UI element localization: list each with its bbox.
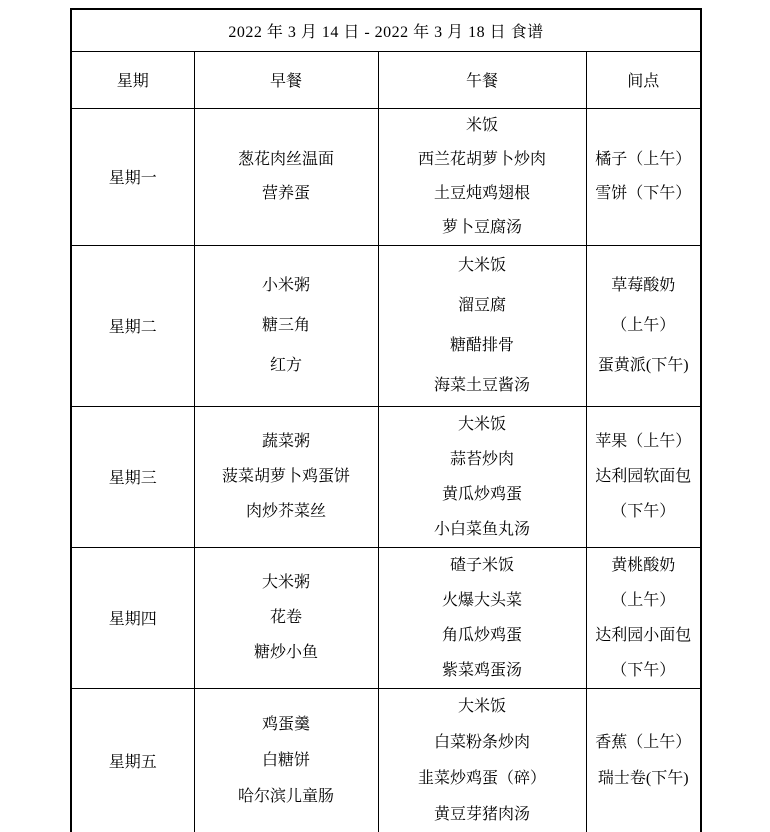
meal-line: 小白菜鱼丸汤 — [379, 512, 586, 547]
meal-line: 黄瓜炒鸡蛋 — [379, 477, 586, 512]
meal-line: 达利园小面包 — [587, 618, 701, 653]
table-title-row: 2022 年 3 月 14 日 - 2022 年 3 月 18 日 食谱 — [71, 9, 701, 51]
meal-line: 白糖饼 — [195, 743, 378, 779]
menu-table: 2022 年 3 月 14 日 - 2022 年 3 月 18 日 食谱 星期 … — [70, 8, 702, 832]
header-day: 星期 — [71, 51, 194, 108]
meal-line: 紫菜鸡蛋汤 — [379, 653, 586, 688]
meal-line: 苹果（上午） — [587, 424, 701, 459]
meal-line: 糖炒小鱼 — [195, 635, 378, 670]
meal-line: 碴子米饭 — [379, 548, 586, 583]
lunch-cell-monday: 米饭西兰花胡萝卜炒肉土豆炖鸡翅根萝卜豆腐汤 — [378, 108, 586, 245]
meal-line: 角瓜炒鸡蛋 — [379, 618, 586, 653]
lunch-cell-thursday: 碴子米饭火爆大头菜角瓜炒鸡蛋紫菜鸡蛋汤 — [378, 547, 586, 688]
meal-line: 大米饭 — [379, 407, 586, 442]
meal-line: 雪饼（下午） — [587, 177, 701, 211]
breakfast-cell-wednesday: 蔬菜粥菠菜胡萝卜鸡蛋饼肉炒芥菜丝 — [194, 406, 378, 547]
meal-line: 火爆大头菜 — [379, 583, 586, 618]
meal-line: 米饭 — [379, 109, 586, 143]
meal-line: 西兰花胡萝卜炒肉 — [379, 143, 586, 177]
day-cell-wednesday: 星期三 — [71, 406, 194, 547]
meal-line: 白菜粉条炒肉 — [379, 725, 586, 761]
meal-line: （上午） — [587, 306, 701, 346]
day-label: 星期三 — [109, 470, 157, 487]
meal-line: 红方 — [195, 346, 378, 386]
table-row-wednesday: 星期三 蔬菜粥菠菜胡萝卜鸡蛋饼肉炒芥菜丝 大米饭蒜苔炒肉黄瓜炒鸡蛋小白菜鱼丸汤 … — [71, 406, 701, 547]
meal-line: 香蕉（上午） — [587, 725, 701, 761]
meal-line: 葱花肉丝温面 — [195, 143, 378, 177]
document-page: 2022 年 3 月 14 日 - 2022 年 3 月 18 日 食谱 星期 … — [0, 0, 770, 832]
snack-cell-wednesday: 苹果（上午）达利园软面包（下午） — [586, 406, 701, 547]
meal-line: 黄桃酸奶 — [587, 548, 701, 583]
day-label: 星期二 — [109, 319, 157, 336]
meal-line: 大米饭 — [379, 689, 586, 725]
meal-line: 糖醋排骨 — [379, 326, 586, 366]
meal-line: 大米粥 — [195, 565, 378, 600]
table-row-monday: 星期一 葱花肉丝温面营养蛋 米饭西兰花胡萝卜炒肉土豆炖鸡翅根萝卜豆腐汤 橘子（上… — [71, 108, 701, 245]
meal-line: 哈尔滨儿童肠 — [195, 779, 378, 815]
table-title: 2022 年 3 月 14 日 - 2022 年 3 月 18 日 食谱 — [71, 9, 701, 51]
table-row-friday: 星期五 鸡蛋羹白糖饼哈尔滨儿童肠 大米饭白菜粉条炒肉韭菜炒鸡蛋（碎）黄豆芽猪肉汤… — [71, 688, 701, 832]
meal-line: 肉炒芥菜丝 — [195, 494, 378, 529]
meal-line: （下午） — [587, 494, 701, 529]
breakfast-cell-tuesday: 小米粥糖三角红方 — [194, 245, 378, 406]
snack-cell-thursday: 黄桃酸奶（上午）达利园小面包（下午） — [586, 547, 701, 688]
meal-line: 土豆炖鸡翅根 — [379, 177, 586, 211]
table-header-row: 星期 早餐 午餐 间点 — [71, 51, 701, 108]
meal-line: 草莓酸奶 — [587, 266, 701, 306]
lunch-cell-friday: 大米饭白菜粉条炒肉韭菜炒鸡蛋（碎）黄豆芽猪肉汤 — [378, 688, 586, 832]
snack-cell-tuesday: 草莓酸奶（上午）蛋黄派(下午) — [586, 245, 701, 406]
day-label: 星期一 — [109, 170, 157, 187]
breakfast-cell-thursday: 大米粥花卷糖炒小鱼 — [194, 547, 378, 688]
day-cell-thursday: 星期四 — [71, 547, 194, 688]
meal-line: 黄豆芽猪肉汤 — [379, 797, 586, 832]
meal-line: 小米粥 — [195, 266, 378, 306]
meal-line: 花卷 — [195, 600, 378, 635]
day-label: 星期五 — [109, 754, 157, 771]
meal-line: 蛋黄派(下午) — [587, 346, 701, 386]
meal-line: （上午） — [587, 583, 701, 618]
day-cell-friday: 星期五 — [71, 688, 194, 832]
day-label: 星期四 — [109, 611, 157, 628]
meal-line: 海菜土豆酱汤 — [379, 366, 586, 406]
breakfast-cell-monday: 葱花肉丝温面营养蛋 — [194, 108, 378, 245]
meal-line: 瑞士卷(下午) — [587, 761, 701, 797]
meal-line: 鸡蛋羹 — [195, 707, 378, 743]
meal-line: 萝卜豆腐汤 — [379, 211, 586, 245]
table-row-tuesday: 星期二 小米粥糖三角红方 大米饭溜豆腐糖醋排骨海菜土豆酱汤 草莓酸奶（上午）蛋黄… — [71, 245, 701, 406]
breakfast-cell-friday: 鸡蛋羹白糖饼哈尔滨儿童肠 — [194, 688, 378, 832]
meal-line: 达利园软面包 — [587, 459, 701, 494]
meal-line: 糖三角 — [195, 306, 378, 346]
meal-line: 营养蛋 — [195, 177, 378, 211]
meal-line: 橘子（上午） — [587, 143, 701, 177]
meal-line: 溜豆腐 — [379, 286, 586, 326]
lunch-cell-wednesday: 大米饭蒜苔炒肉黄瓜炒鸡蛋小白菜鱼丸汤 — [378, 406, 586, 547]
day-cell-monday: 星期一 — [71, 108, 194, 245]
day-cell-tuesday: 星期二 — [71, 245, 194, 406]
header-breakfast: 早餐 — [194, 51, 378, 108]
meal-line: 蒜苔炒肉 — [379, 442, 586, 477]
snack-cell-friday: 香蕉（上午）瑞士卷(下午) — [586, 688, 701, 832]
meal-line: 蔬菜粥 — [195, 424, 378, 459]
lunch-cell-tuesday: 大米饭溜豆腐糖醋排骨海菜土豆酱汤 — [378, 245, 586, 406]
meal-line: 韭菜炒鸡蛋（碎） — [379, 761, 586, 797]
table-row-thursday: 星期四 大米粥花卷糖炒小鱼 碴子米饭火爆大头菜角瓜炒鸡蛋紫菜鸡蛋汤 黄桃酸奶（上… — [71, 547, 701, 688]
meal-line: （下午） — [587, 653, 701, 688]
header-snack: 间点 — [586, 51, 701, 108]
meal-line: 菠菜胡萝卜鸡蛋饼 — [195, 459, 378, 494]
snack-cell-monday: 橘子（上午）雪饼（下午） — [586, 108, 701, 245]
header-lunch: 午餐 — [378, 51, 586, 108]
meal-line: 大米饭 — [379, 246, 586, 286]
